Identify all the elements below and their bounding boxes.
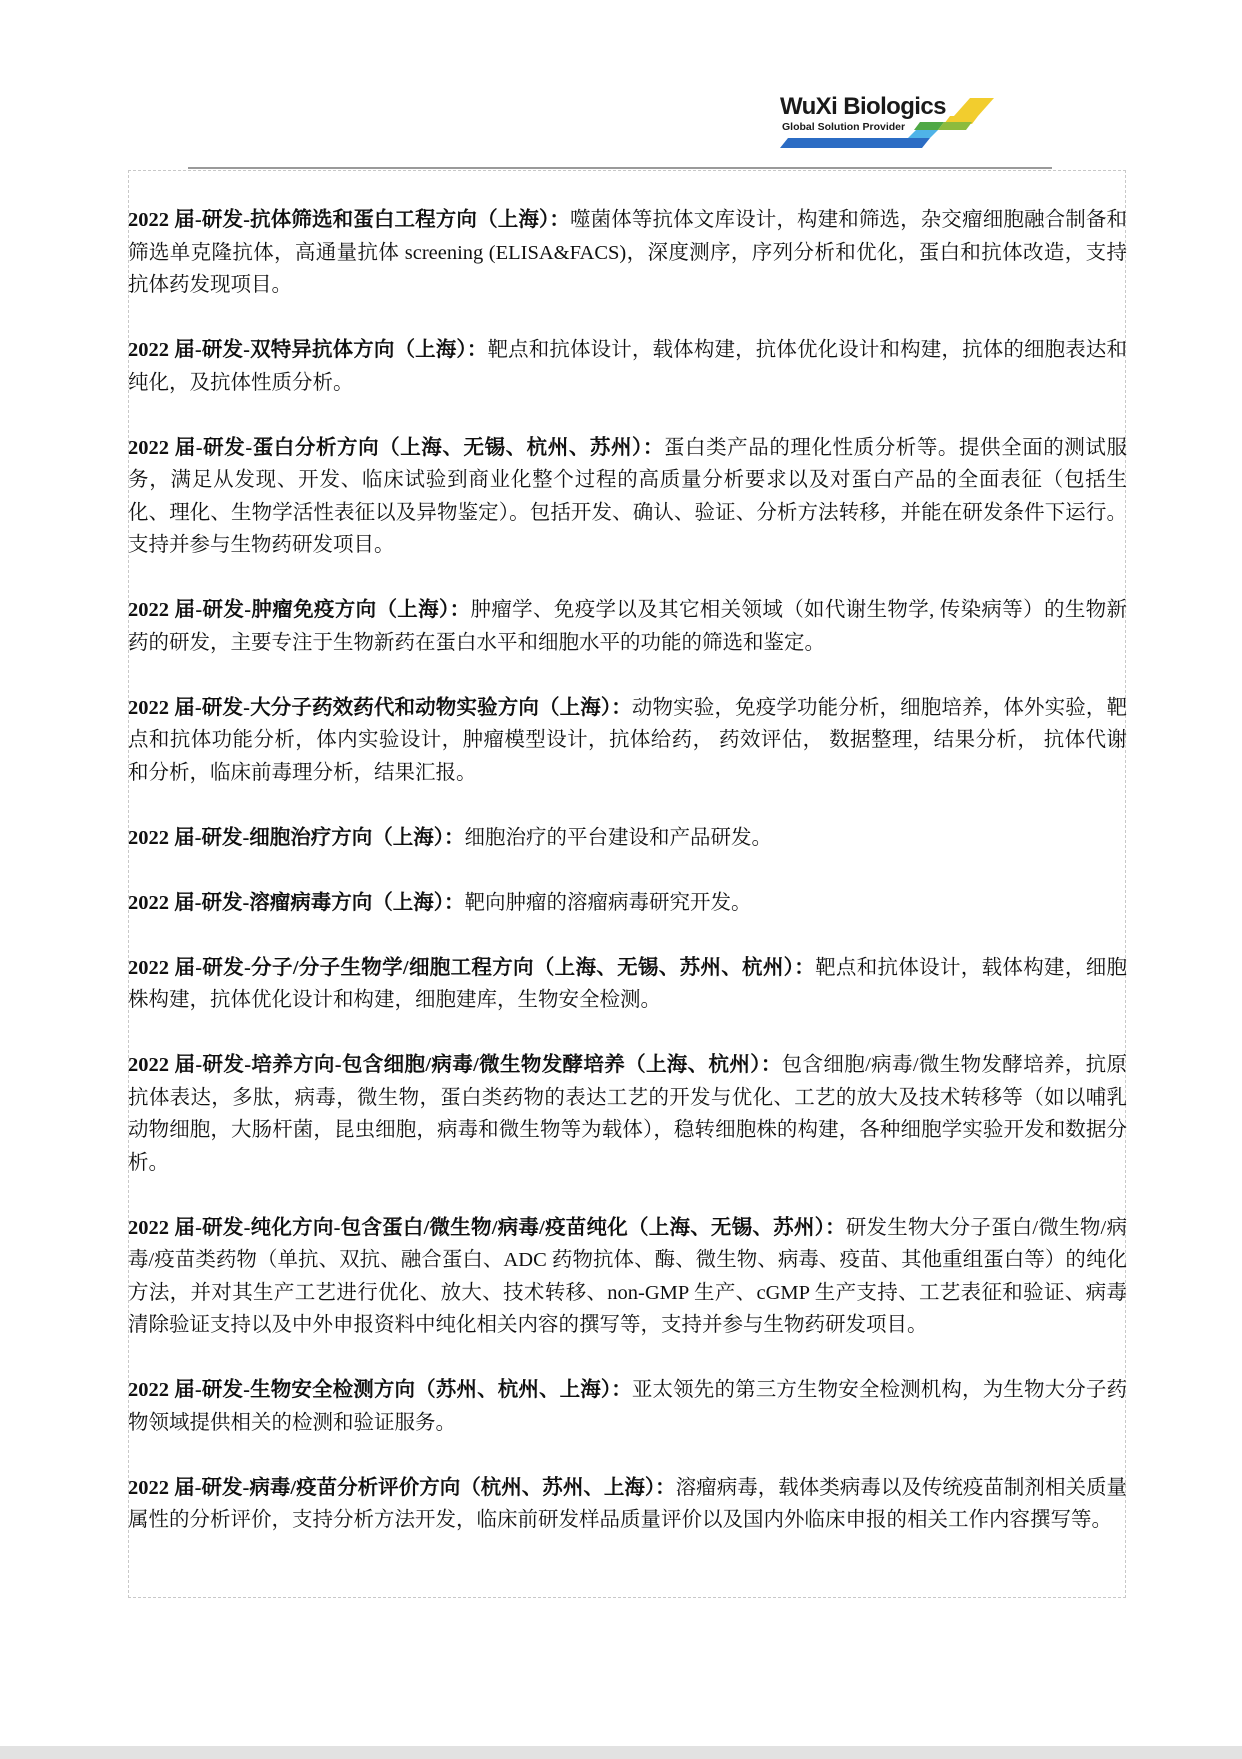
section-title: 2022 届-研发-溶瘤病毒方向（上海） (128, 892, 444, 914)
section-title: 2022 届-研发-生物安全检测方向（苏州、杭州、上海） (128, 1379, 611, 1401)
section-antibody-screening: 2022 届-研发-抗体筛选和蛋白工程方向（上海）：噬菌体等抗体文库设计，构建和… (128, 204, 1127, 302)
section-pharmacology-animal: 2022 届-研发-大分子药效药代和动物实验方向（上海）：动物实验，免疫学功能分… (128, 692, 1127, 790)
header-divider (188, 167, 1052, 169)
logo-brand-text: WuXi Biologics (780, 94, 946, 120)
section-title: 2022 届-研发-细胞治疗方向（上海） (128, 827, 444, 849)
section-cell-therapy: 2022 届-研发-细胞治疗方向（上海）：细胞治疗的平台建设和产品研发。 (128, 822, 1127, 855)
section-body: 细胞治疗的平台建设和产品研发。 (465, 827, 773, 849)
section-oncolytic-virus: 2022 届-研发-溶瘤病毒方向（上海）：靶向肿瘤的溶瘤病毒研究开发。 (128, 887, 1127, 920)
section-tumor-immunology: 2022 届-研发-肿瘤免疫方向（上海）：肿瘤学、免疫学以及其它相关领域（如代谢… (128, 594, 1127, 659)
logo-tagline-text: Global Solution Provider (782, 121, 905, 133)
section-title: 2022 届-研发-双特异抗体方向（上海） (128, 339, 467, 361)
section-title: 2022 届-研发-分子/分子生物学/细胞工程方向（上海、无锡、苏州、杭州） (128, 957, 794, 979)
section-title: 2022 届-研发-蛋白分析方向（上海、无锡、杭州、苏州） (128, 437, 643, 459)
wuxi-biologics-logo: WuXi Biologics Global Solution Provider (780, 94, 1010, 160)
section-title: 2022 届-研发-肿瘤免疫方向（上海） (128, 599, 450, 621)
section-biosafety-testing: 2022 届-研发-生物安全检测方向（苏州、杭州、上海）：亚太领先的第三方生物安… (128, 1374, 1127, 1439)
section-title: 2022 届-研发-病毒/疫苗分析评价方向（杭州、苏州、上海） (128, 1477, 655, 1499)
section-molecular-biology: 2022 届-研发-分子/分子生物学/细胞工程方向（上海、无锡、苏州、杭州）：靶… (128, 952, 1127, 1017)
section-protein-analysis: 2022 届-研发-蛋白分析方向（上海、无锡、杭州、苏州）：蛋白类产品的理化性质… (128, 432, 1127, 562)
section-title: 2022 届-研发-大分子药效药代和动物实验方向（上海） (128, 697, 611, 719)
section-body: 靶向肿瘤的溶瘤病毒研究开发。 (465, 892, 752, 914)
section-title: 2022 届-研发-抗体筛选和蛋白工程方向（上海） (128, 209, 549, 231)
section-title: 2022 届-研发-纯化方向-包含蛋白/微生物/病毒/疫苗纯化（上海、无锡、苏州… (128, 1217, 825, 1239)
job-sections: 2022 届-研发-抗体筛选和蛋白工程方向（上海）：噬菌体等抗体文库设计，构建和… (128, 204, 1127, 1569)
section-bispecific-antibody: 2022 届-研发-双特异抗体方向（上海）：靶点和抗体设计，载体构建，抗体优化设… (128, 334, 1127, 399)
section-purification: 2022 届-研发-纯化方向-包含蛋白/微生物/病毒/疫苗纯化（上海、无锡、苏州… (128, 1212, 1127, 1342)
document-page: WuXi Biologics Global Solution Provider … (0, 0, 1242, 1746)
section-cell-culture: 2022 届-研发-培养方向-包含细胞/病毒/微生物发酵培养（上海、杭州）：包含… (128, 1049, 1127, 1179)
section-title: 2022 届-研发-培养方向-包含细胞/病毒/微生物发酵培养（上海、杭州） (128, 1054, 761, 1076)
page-bottom-edge (0, 1746, 1242, 1759)
section-virus-vaccine-analysis: 2022 届-研发-病毒/疫苗分析评价方向（杭州、苏州、上海）：溶瘤病毒，载体类… (128, 1472, 1127, 1537)
